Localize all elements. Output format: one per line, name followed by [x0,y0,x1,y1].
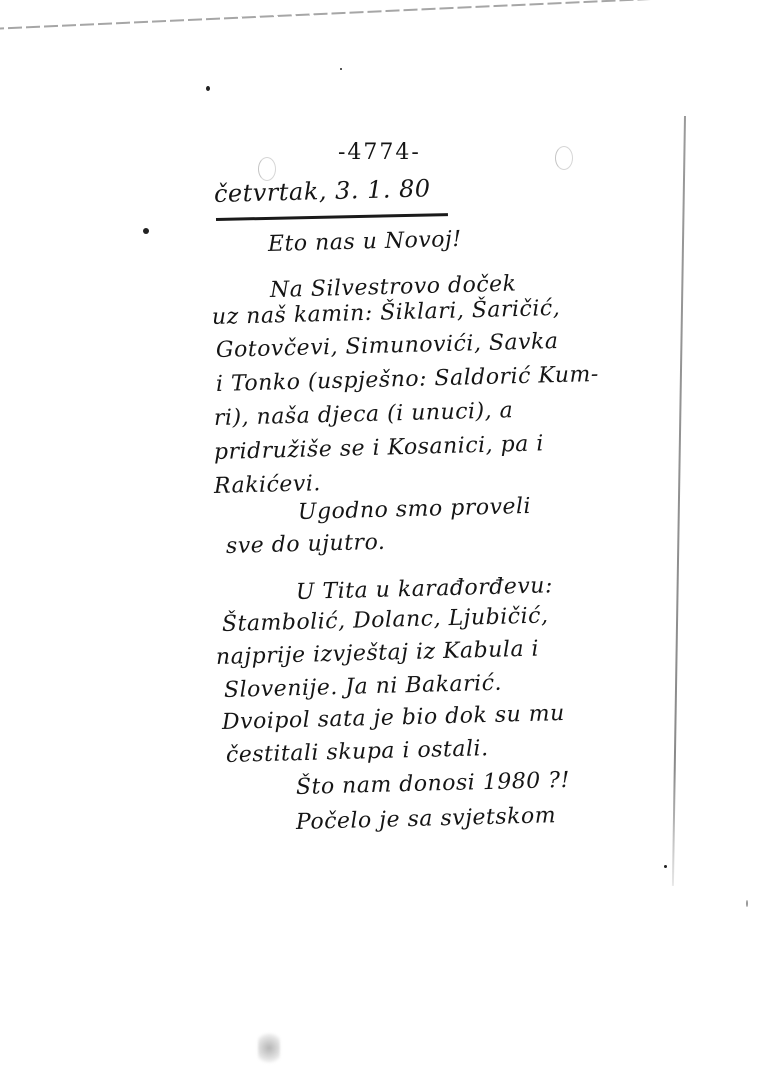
ink-spot [206,86,210,91]
text-line: Štambolić, Dolanc, Ljubičić, [222,603,549,637]
text-line: Rakićevi. [214,471,321,499]
punch-hole-right [555,146,573,170]
heading-underline [216,213,448,220]
punch-hole-left [258,157,276,181]
text-line: čestitali skupa i ostali. [226,736,489,768]
text-line: Ugodno smo proveli [298,494,532,525]
right-margin-line [672,116,686,886]
ink-spot [340,68,342,70]
ink-spot [143,228,149,234]
text-line: Što nam donosi 1980 ?! [296,768,571,800]
text-line: ri), naša djeca (i unuci), a [214,398,514,431]
text-line: najprije izvještaj iz Kabula i [216,637,540,670]
text-line: sve do ujutro. [226,530,386,559]
text-line: Slovenije. Ja ni Bakarić. [224,671,503,703]
scan-smudge [258,1030,280,1066]
text-line: uz naš kamin: Šiklari, Šaričić, [212,296,561,330]
scanned-page-edge [0,0,761,30]
date-heading: četvrtak, 3. 1. 80 [214,174,431,208]
text-line: U Tita u karađorđevu: [296,573,553,605]
ink-spot [664,865,667,868]
text-line: pridružiše se i Kosanici, pa i [214,431,544,465]
ink-spot [746,900,748,907]
text-line: Počelo je sa svjetskom [296,803,557,835]
text-line: i Tonko (uspješno: Saldorić Kum- [216,362,599,397]
text-line: Dvoipol sata je bio dok su mu [222,701,565,735]
page-number: -4774- [338,140,421,165]
text-line: Gotovčevi, Simunovići, Savka [216,329,559,363]
text-line: Eto nas u Novoj! [268,227,462,257]
